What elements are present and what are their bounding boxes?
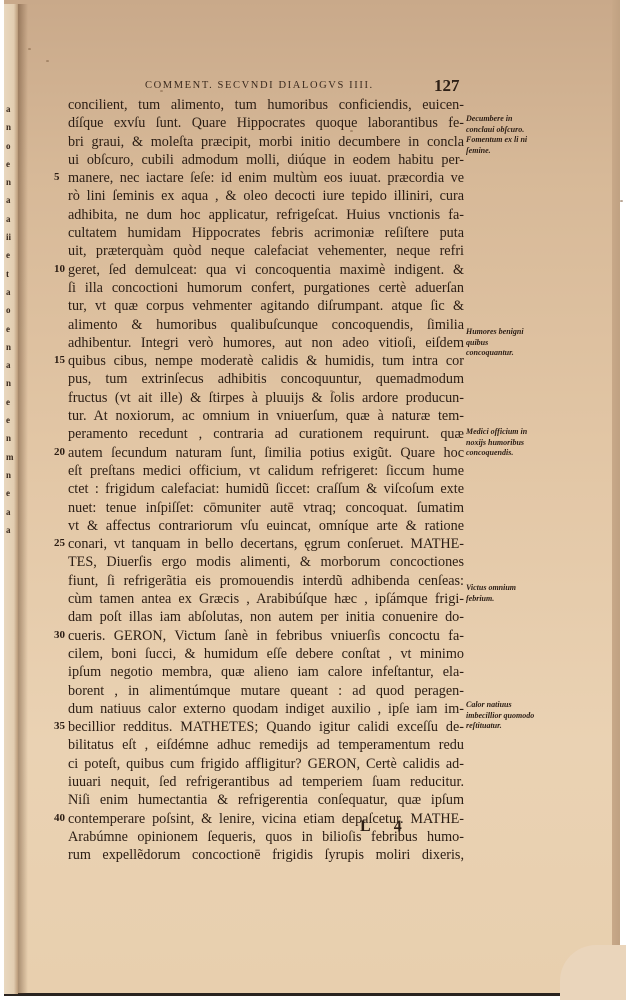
body-text: concilient, tum alimento, tum humoribus …: [68, 96, 464, 864]
line-number: 5: [54, 171, 60, 183]
foxing-spot: [160, 90, 163, 92]
text-line: TES, Diuerſis ergo modis alimenti, & mor…: [68, 553, 464, 571]
margin-note: Medici officium in noxijs humoribus conc…: [466, 427, 536, 459]
text-line: rum expellẽdorum concoctionē frigidis ſy…: [68, 846, 464, 864]
text-line: ci poteſt, quibus cum frigido affligitur…: [68, 755, 464, 773]
fragment-char: o: [6, 301, 16, 319]
text-line: peramento recedunt , contraria ad curati…: [68, 425, 464, 443]
foxing-spot: [205, 470, 208, 472]
folio-number: 127: [434, 76, 460, 96]
text-line: eſt preſtans medici officium, vt calidum…: [68, 462, 464, 480]
text-line: bri graui, & moleſta præcipit, morbi ini…: [68, 133, 464, 151]
line-number: 10: [54, 263, 65, 275]
facing-page-text-fragments: anoenaaiietaoenaneenmneaa: [6, 100, 16, 540]
text-line: tur. At noxiorum, ac omnium in vniuerſum…: [68, 407, 464, 425]
foxing-spot: [28, 48, 31, 50]
fragment-char: e: [6, 155, 16, 173]
fragment-char: e: [6, 393, 16, 411]
text-line: nuet: tenue inſpiſſet: cōmuniter autē vt…: [68, 499, 464, 517]
fragment-char: a: [6, 356, 16, 374]
line-number: 40: [54, 812, 65, 824]
foxing-spot: [350, 130, 353, 132]
line-number: 35: [54, 720, 65, 732]
fragment-char: t: [6, 265, 16, 283]
text-line: manere, nec iactare ſeſe: id enim multùm…: [68, 169, 464, 187]
line-number: 30: [54, 629, 65, 641]
foxing-spot: [46, 60, 49, 62]
margin-note: Calor natiuus imbecillior quomodo reſtit…: [466, 700, 536, 732]
text-line: ipſum negotio membra, quæ alieno iam cal…: [68, 663, 464, 681]
text-line: dum natiuus calor externo quodam indiget…: [68, 700, 464, 718]
fragment-char: a: [6, 283, 16, 301]
margin-note: Decumbere in conclaui obſcuro. Fomentum …: [466, 114, 536, 156]
text-line: becillior redditus. MATHETES; Quando igi…: [68, 718, 464, 736]
fragment-char: a: [6, 100, 16, 118]
fragment-char: a: [6, 503, 16, 521]
signature-mark: L 4: [360, 818, 412, 836]
text-line: geret, ſed demulceat: qua vi concoquenti…: [68, 261, 464, 279]
text-line: autem ſecundum naturam ſunt, ſimilia pot…: [68, 444, 464, 462]
line-number: 25: [54, 537, 65, 549]
text-line: díſque exvſu ſunt. Quare Hippocrates quo…: [68, 114, 464, 132]
fragment-char: n: [6, 118, 16, 136]
line-number: 15: [54, 354, 65, 366]
text-line: ui obſcuro, cubili admodum molli, diúque…: [68, 151, 464, 169]
fragment-char: n: [6, 466, 16, 484]
text-line: alimento & humoribus qualibuſcunque conc…: [68, 316, 464, 334]
fragment-char: n: [6, 173, 16, 191]
text-line: bilitatus eſt , eiſdémne adhuc remedijs …: [68, 736, 464, 754]
text-line: cilem, boni ſucci, & humidum eſſe debere…: [68, 645, 464, 663]
fragment-char: e: [6, 320, 16, 338]
text-line: ſi illa concoctioni humorum confert, pur…: [68, 279, 464, 297]
text-line: borent , in alimentúmque mutare queant :…: [68, 682, 464, 700]
text-line: cùm tamen antea ex Græcis , Arabibúſque …: [68, 590, 464, 608]
fragment-char: o: [6, 137, 16, 155]
gutter-shadow: [18, 4, 28, 994]
margin-note: Victus omnium febrium.: [466, 583, 536, 604]
fragment-char: n: [6, 338, 16, 356]
fragment-char: e: [6, 484, 16, 502]
fragment-char: a: [6, 521, 16, 539]
line-number: 20: [54, 446, 65, 458]
running-head: COMMENT. SECVNDI DIALOGVS IIII.: [145, 80, 445, 96]
fragment-char: a: [6, 191, 16, 209]
text-line: concilient, tum alimento, tum humoribus …: [68, 96, 464, 114]
text-line: adhibita, ne dum hoc applicatur, refrige…: [68, 206, 464, 224]
text-line: fiunt, ſi refrigerãtia eis promouendis i…: [68, 572, 464, 590]
text-line: iuuari nequit, ſed refrigerantibus ad te…: [68, 773, 464, 791]
fragment-char: e: [6, 246, 16, 264]
text-line: rò lini ſeminis ex aqua , & oleo decocti…: [68, 187, 464, 205]
fragment-char: n: [6, 429, 16, 447]
text-line: tur, vt quæ corpus vehmenter agitando di…: [68, 297, 464, 315]
page-right-edge: [612, 0, 620, 993]
fragment-char: ii: [6, 228, 16, 246]
fragment-char: m: [6, 448, 16, 466]
text-line: adhibentur. Integri verò humores, aut no…: [68, 334, 464, 352]
text-line: conari, vt tanquam in bello decertans, ę…: [68, 535, 464, 553]
text-line: cueris. GERON, Victum ſanè in febribus v…: [68, 627, 464, 645]
text-line: dam poſt illas iam abſolutas, non autem …: [68, 608, 464, 626]
foxing-spot: [620, 200, 623, 202]
fragment-char: n: [6, 374, 16, 392]
margin-note: Humores benigni quibus concoquantur.: [466, 327, 536, 359]
text-line: quibus cibus, nempe moderatè calidis & h…: [68, 352, 464, 370]
text-line: fructus (vt ait ille) & ſtirpes à pluuij…: [68, 389, 464, 407]
text-line: cultatem humidam Hippocrates febris acri…: [68, 224, 464, 242]
fragment-char: e: [6, 411, 16, 429]
fragment-char: a: [6, 210, 16, 228]
text-line: uit, præterquàm quòd neque calefaciat ve…: [68, 242, 464, 260]
text-line: vt & affectus contrariorum vſu euincat, …: [68, 517, 464, 535]
foxing-spot: [330, 390, 333, 392]
text-line: ctet : frigidum calefaciat: humidũ ſicce…: [68, 480, 464, 498]
text-line: Niſi enim humectantia & refrigerentia co…: [68, 791, 464, 809]
text-line: pus, tum extrinſecus adhibitis concoquun…: [68, 370, 464, 388]
